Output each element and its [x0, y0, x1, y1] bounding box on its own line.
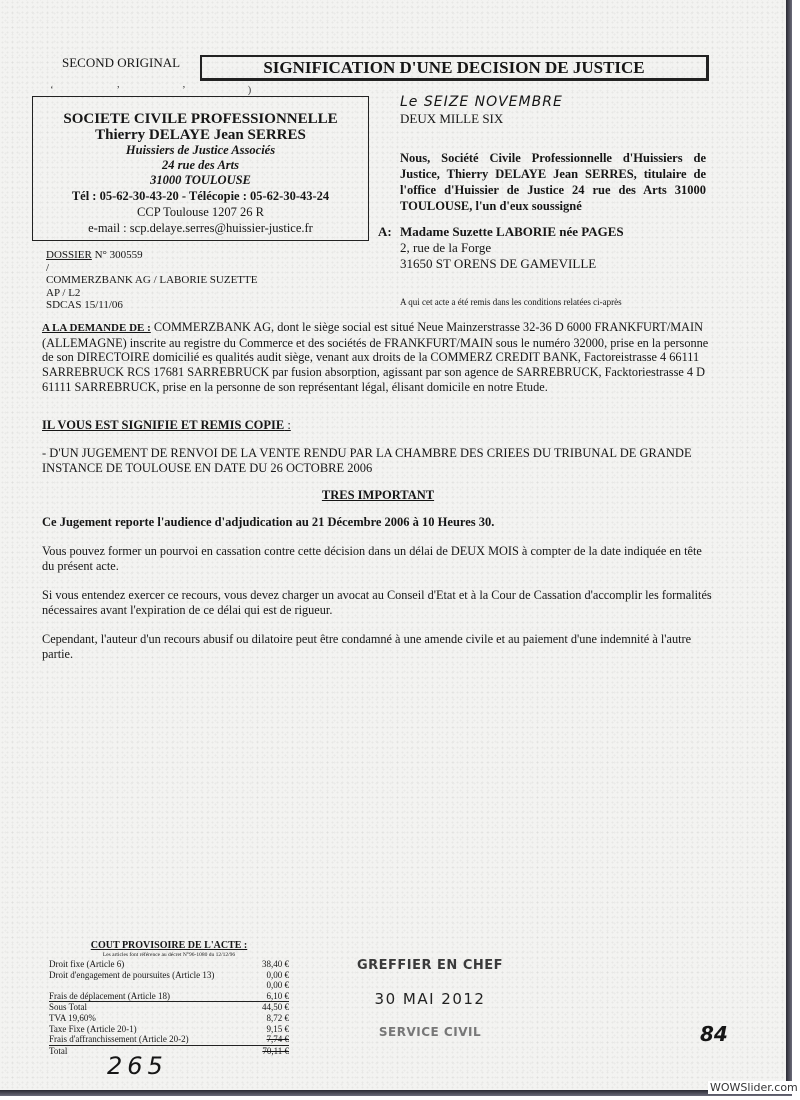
stray-marks: ‘ ’ ’ ) [50, 84, 281, 96]
hearing-date-statement: Ce Jugement reporte l'audience d'adjudic… [42, 515, 714, 530]
office-phones: Tél : 05-62-30-43-20 - Télécopie : 05-62… [33, 188, 368, 204]
cost-value: 44,50 € [249, 1002, 289, 1013]
page-shadow-right [786, 0, 792, 1093]
cost-label: Frais d'affranchissement (Article 20-2) [49, 1034, 189, 1045]
cost-value: 38,40 € [249, 959, 289, 970]
recipient-label: A: [378, 224, 392, 240]
cost-value: 9,15 € [249, 1024, 289, 1035]
dossier-number: N° 300559 [92, 249, 143, 261]
delivery-note: A qui cet acte a été remis dans les cond… [400, 297, 622, 307]
plaintiff-lead: A LA DEMANDE DE : [42, 322, 151, 334]
cost-row: Droit fixe (Article 6)38,40 € [49, 959, 289, 970]
date-year: DEUX MILLE SIX [400, 111, 503, 127]
bailiff-statement: Nous, Société Civile Professionnelle d'H… [400, 150, 706, 214]
handwritten-number-left: 265 [107, 1052, 168, 1080]
document-title: SIGNIFICATION D'UNE DECISION DE JUSTICE [200, 55, 709, 81]
bailiff-office-letterhead: SOCIETE CIVILE PROFESSIONNELLE Thierry D… [32, 96, 369, 241]
stamp-service: SERVICE CIVIL [330, 1025, 530, 1039]
stamp-date: 30 MAI 2012 [330, 990, 530, 1008]
cost-row: Frais de déplacement (Article 18)6,10 € [49, 991, 289, 1002]
recipient-block: Madame Suzette LABORIE née PAGES 2, rue … [400, 224, 624, 272]
cost-value: 0,00 € [249, 980, 289, 991]
office-city: 31000 TOULOUSE [33, 173, 368, 188]
cost-value: 6,10 € [249, 991, 289, 1002]
cost-row: Frais d'affranchissement (Article 20-2)7… [49, 1034, 289, 1045]
cost-reference: Les articles font référence au décret N°… [49, 951, 289, 959]
recipient-address-line2: 31650 ST ORENS DE GAMEVILLE [400, 256, 624, 272]
service-heading-colon: : [284, 418, 291, 432]
office-email: e-mail : scp.delaye.serres@huissier-just… [33, 220, 368, 236]
copy-label: SECOND ORIGINAL [62, 55, 180, 71]
service-heading: IL VOUS EST SIGNIFIE ET REMIS COPIE : [42, 418, 714, 433]
cost-label: TVA 19,60% [49, 1013, 96, 1024]
cost-label: Sous Total [49, 1002, 87, 1013]
dossier-block: DOSSIER N° 300559 / COMMERZBANK AG / LAB… [46, 249, 257, 312]
cost-row: 0,00 € [49, 980, 289, 991]
page-shadow-bottom [0, 1090, 792, 1096]
cost-title: COUT PROVISOIRE DE L'ACTE : [49, 940, 289, 951]
cost-rows: Droit fixe (Article 6)38,40 €Droit d'eng… [49, 959, 289, 1056]
cost-row: Sous Total44,50 € [49, 1001, 289, 1013]
cost-row: TVA 19,60%8,72 € [49, 1013, 289, 1024]
important-heading: TRES IMPORTANT [42, 488, 714, 503]
cost-row: Droit d'engagement de poursuites (Articl… [49, 970, 289, 981]
date-handwritten: Le SEIZE NOVEMBRE [400, 94, 563, 110]
recipient-address-line1: 2, rue de la Forge [400, 240, 624, 256]
appeal-notice: Vous pouvez former un pourvoi en cassati… [42, 544, 714, 573]
office-company: SOCIETE CIVILE PROFESSIONNELLE [33, 111, 368, 127]
appeal-procedure: Si vous entendez exercer ce recours, vou… [42, 588, 714, 617]
cost-value: 7,74 € [249, 1034, 289, 1045]
scanned-document-page: SECOND ORIGINAL SIGNIFICATION D'UNE DECI… [0, 0, 786, 1090]
cost-label: Taxe Fixe (Article 20-1) [49, 1024, 137, 1035]
office-subtitle: Huissiers de Justice Associés [33, 143, 368, 158]
handwritten-page-number: 84 [700, 1022, 728, 1046]
office-street: 24 rue des Arts [33, 158, 368, 173]
stamp-clerk: GREFFIER EN CHEF [330, 958, 530, 973]
cost-label: Droit fixe (Article 6) [49, 959, 124, 970]
cost-value: 8,72 € [249, 1013, 289, 1024]
service-heading-text: IL VOUS EST SIGNIFIE ET REMIS COPIE [42, 418, 284, 432]
watermark: WOWSlider.com [708, 1081, 800, 1094]
dossier-sdcas: SDCAS 15/11/06 [46, 299, 257, 312]
plaintiff-paragraph: A LA DEMANDE DE : COMMERZBANK AG, dont l… [42, 320, 714, 395]
judgment-description: - D'UN JUGEMENT DE RENVOI DE LA VENTE RE… [42, 446, 714, 475]
cost-row: Total70,11 € [49, 1045, 289, 1057]
cost-label: Frais de déplacement (Article 18) [49, 991, 170, 1002]
office-partners: Thierry DELAYE Jean SERRES [33, 127, 368, 143]
cost-label: Total [49, 1046, 67, 1057]
abuse-warning: Cependant, l'auteur d'un recours abusif … [42, 632, 714, 661]
dossier-parties: COMMERZBANK AG / LABORIE SUZETTE [46, 274, 257, 287]
cost-value: 70,11 € [249, 1046, 289, 1057]
cost-label: Droit d'engagement de poursuites (Articl… [49, 970, 214, 981]
office-ccp: CCP Toulouse 1207 26 R [33, 204, 368, 220]
cost-value: 0,00 € [249, 970, 289, 981]
recipient-name: Madame Suzette LABORIE née PAGES [400, 224, 624, 240]
dossier-label: DOSSIER [46, 249, 92, 261]
dossier-slash: / [46, 262, 257, 275]
cost-row: Taxe Fixe (Article 20-1)9,15 € [49, 1024, 289, 1035]
cost-table: COUT PROVISOIRE DE L'ACTE : Les articles… [49, 940, 289, 1056]
dossier-ref: AP / L2 [46, 287, 257, 300]
